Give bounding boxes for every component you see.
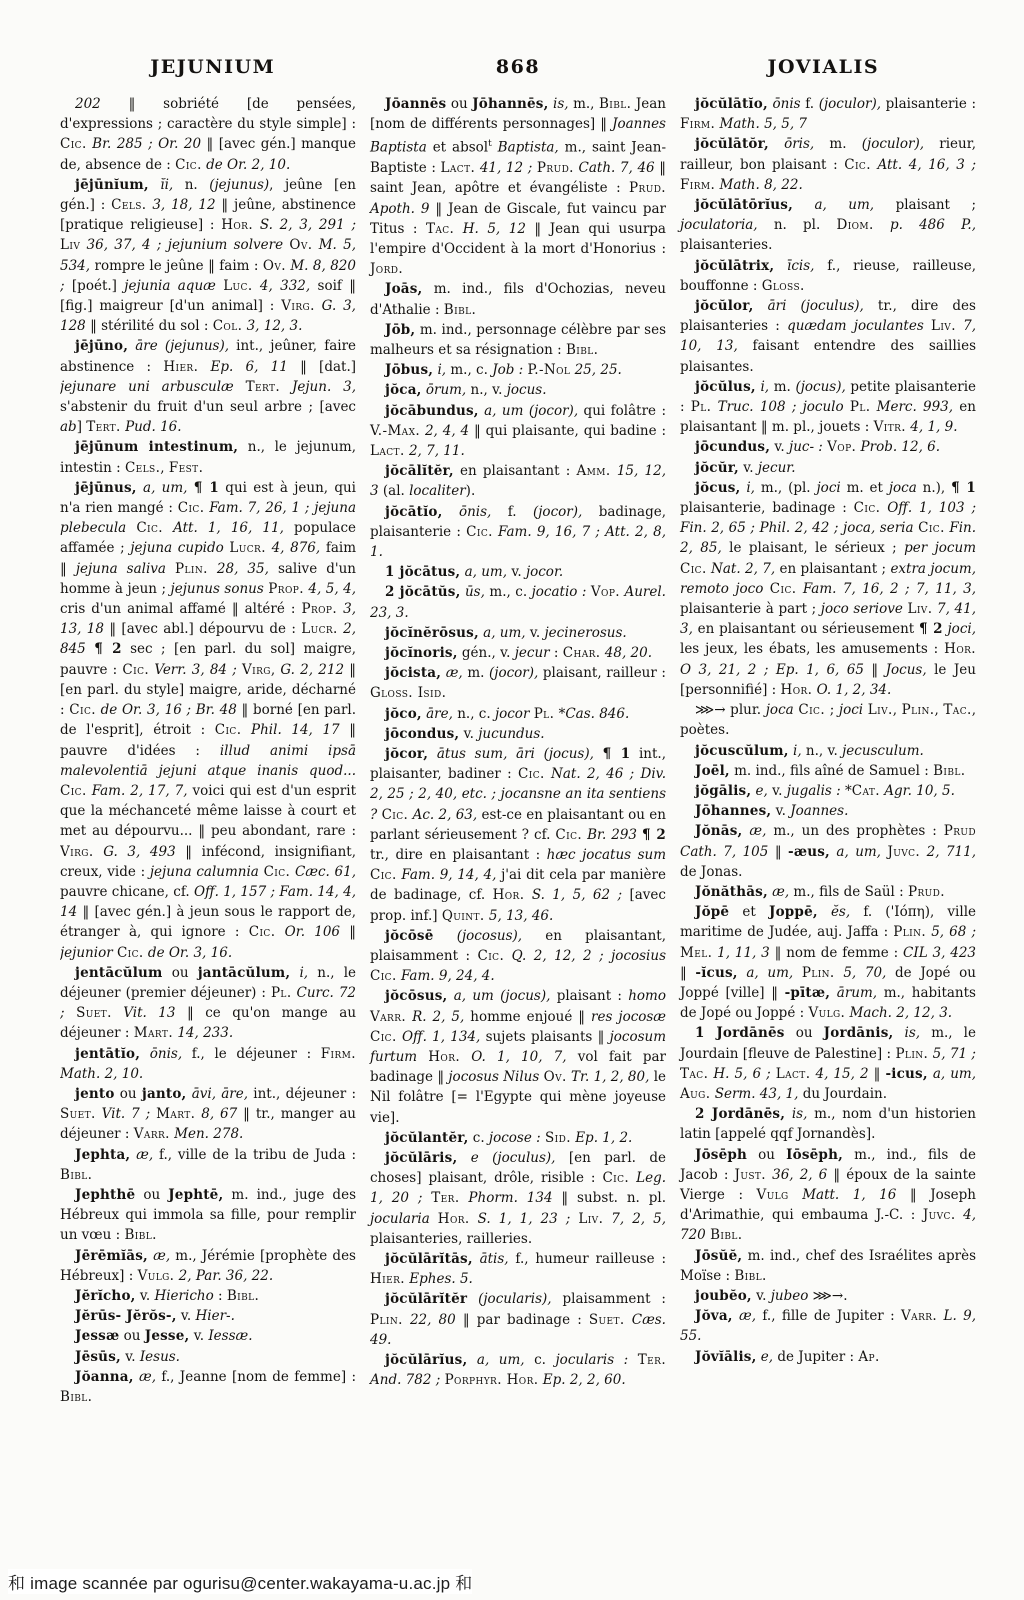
dictionary-entry: Jephta, æ, f., ville de la tribu de Juda… — [60, 1145, 356, 1185]
scan-attribution: 和 image scannée par ogurisu@center.wakay… — [8, 1569, 472, 1594]
page-number: 868 — [365, 56, 670, 78]
page-body: JEJUNIUM 868 JOVIALIS 202 ‖ sobriété [de… — [60, 56, 976, 1546]
dictionary-entry: jŏcŭlātŏr, ōris, m. (joculor), rieur, ra… — [680, 134, 976, 195]
dictionary-entry: jŏcŭlātĭo, ōnis f. (joculor), plaisanter… — [680, 94, 976, 134]
dictionary-entry: jentācŭlum ou jantācŭlum, i, n., le déje… — [60, 963, 356, 1044]
dictionary-entry: 2 Jordānēs, is, m., nom d'un historien l… — [680, 1104, 976, 1144]
dictionary-entry: Jephthē ou Jephtē, m. ind., juge des Héb… — [60, 1185, 356, 1246]
dictionary-entry: Jessæ ou Jesse, v. Iessæ. — [60, 1326, 356, 1346]
dictionary-entry: jŏcor, ātus sum, āri (jocus), ¶ 1 int., … — [370, 744, 666, 926]
dictionary-entry: jŏcŭlor, āri (joculus), tr., dire des pl… — [680, 296, 976, 377]
dictionary-entry: jŏcŭlātōrĭus, a, um, plaisant ; joculato… — [680, 195, 976, 256]
dictionary-entry: jŏca, ōrum, n., v. jocus. — [370, 380, 666, 400]
dictionary-entry: Jōb, m. ind., personnage célèbre par ses… — [370, 320, 666, 360]
dictionary-entry: jŏcĭnoris, gén., v. jecur : Char. 48, 20… — [370, 643, 666, 663]
dictionary-entry: jŏcōsē (jocosus), en plaisantant, plaisa… — [370, 926, 666, 987]
dictionary-entry: Jōbus, i, m., c. Job : P.-Nol 25, 25. — [370, 360, 666, 380]
dictionary-entry: Jŏvĭālis, e, de Jupiter : Ap. — [680, 1347, 976, 1367]
running-head-right-word: JOVIALIS — [671, 56, 976, 78]
dictionary-entry: Jŏanna, æ, f., Jeanne [nom de femme] : B… — [60, 1367, 356, 1407]
dictionary-entry: Jŏpē et Joppē, ĕs, f. ('Ιόπη), ville mar… — [680, 902, 976, 1023]
dictionary-entry: jŏcuscŭlum, i, n., v. jecusculum. — [680, 741, 976, 761]
dictionary-entry: Jōhannes, v. Joannes. — [680, 801, 976, 821]
dictionary-entry: 202 ‖ sobriété [de pensées, d'expression… — [60, 94, 356, 175]
dictionary-entry: jŏcālĭtĕr, en plaisantant : Amm. 15, 12,… — [370, 461, 666, 501]
dictionary-entry: jŏcŭlārĭtās, ātis, f., humeur railleuse … — [370, 1249, 666, 1289]
dictionary-entry: jŏcista, æ, m. (jocor), plaisant, raille… — [370, 663, 666, 703]
dictionary-entry: jŏcātĭo, ōnis, f. (jocor), badinage, pla… — [370, 502, 666, 563]
dictionary-entry: jento ou janto, āvi, āre, int., déjeuner… — [60, 1084, 356, 1145]
dictionary-entry: 2 jŏcātŭs, ūs, m., c. jocatio : Vop. Aur… — [370, 582, 666, 622]
dictionary-entry: jōcundus, v. juc- : Vop. Prob. 12, 6. — [680, 437, 976, 457]
dictionary-entry: Jōannēs ou Jōhannēs, is, m., Bibl. Jean … — [370, 94, 666, 279]
dictionary-entry: jējūno, āre (jejunus), int., jeûner, fai… — [60, 336, 356, 437]
dictionary-entry: Jĕrūs- Jĕrŏs-, v. Hier-. — [60, 1306, 356, 1326]
dictionary-entry: jējūnĭum, ĭi, n. (jejunus), jeûne [en gé… — [60, 175, 356, 337]
dictionary-entry: 1 Jordānēs ou Jordānis, is, m., le Jourd… — [680, 1023, 976, 1104]
dictionary-entry: jōcondus, v. jucundus. — [370, 724, 666, 744]
dictionary-entry: Joēl, m. ind., fils aîné de Samuel : Bib… — [680, 761, 976, 781]
dictionary-entry: jŏcŭr, v. jecur. — [680, 458, 976, 478]
dictionary-entry: jŏcŭlus, i, m. (jocus), petite plaisante… — [680, 377, 976, 438]
dictionary-entry: joubĕo, v. jubeo ⋙→. — [680, 1286, 976, 1306]
dictionary-entry: jŏcōsus, a, um (jocus), plaisant : homo … — [370, 986, 666, 1127]
dictionary-entry: jŏcābundus, a, um (jocor), qui folâtre :… — [370, 401, 666, 462]
dictionary-entry: jējūnus, a, um, ¶ 1 qui est à jeun, qui … — [60, 478, 356, 963]
dictionary-entry: Joās, m. ind., fils d'Ochozias, neveu d'… — [370, 279, 666, 319]
dictionary-entry: Jŏnās, æ, m., un des prophètes : Prud Ca… — [680, 821, 976, 882]
dictionary-entry: jŏcŭlārĭtĕr (jocularis), plaisamment : P… — [370, 1289, 666, 1350]
dictionary-entry: jŏcĭnĕrōsus, a, um, v. jecinerosus. — [370, 623, 666, 643]
dictionary-entry: jŏgālis, e, v. jugalis : *Cat. Agr. 10, … — [680, 781, 976, 801]
dictionary-entry: ⋙→ plur. joca Cic. ; joci Liv., Plin., T… — [680, 700, 976, 740]
dictionary-entry: jŏcŭlārĭus, a, um, c. jocularis : Ter. A… — [370, 1350, 666, 1390]
dictionary-entry: jŏcus, i, m., (pl. joci m. et joca n.), … — [680, 478, 976, 700]
dictionary-entry: jŏcŭlantĕr, c. jocose : Sid. Ep. 1, 2. — [370, 1128, 666, 1148]
dictionary-entry: Jōsēph ou Iōsēph, m., ind., fils de Jaco… — [680, 1145, 976, 1246]
dictionary-entry: Jēsūs, v. Iesus. — [60, 1347, 356, 1367]
dictionary-entry: jŏcŭlāris, e (joculus), [en parl. de cho… — [370, 1148, 666, 1249]
column-1: 202 ‖ sobriété [de pensées, d'expression… — [60, 94, 356, 1546]
column-3: jŏcŭlātĭo, ōnis f. (joculor), plaisanter… — [680, 94, 976, 1546]
dictionary-entry: jentātĭo, ōnis, f., le déjeuner : Firm. … — [60, 1044, 356, 1084]
column-2: Jōannēs ou Jōhannēs, is, m., Bibl. Jean … — [370, 94, 666, 1546]
text-columns: 202 ‖ sobriété [de pensées, d'expression… — [60, 94, 976, 1546]
dictionary-entry: Jērēmĭās, æ, m., Jérémie [prophète des H… — [60, 1246, 356, 1286]
running-head-left-word: JEJUNIUM — [60, 56, 365, 78]
dictionary-entry: Jĕrĭcho, v. Hiericho : Bibl. — [60, 1286, 356, 1306]
scanned-dictionary-page: { "header": { "left": "JEJUNIUM", "cente… — [0, 0, 1024, 1600]
dictionary-entry: Jŏnăthās, æ, m., fils de Saül : Prud. — [680, 882, 976, 902]
dictionary-entry: jŏco, āre, n., c. jocor Pl. *Cas. 846. — [370, 704, 666, 724]
dictionary-entry: 1 jŏcātus, a, um, v. jocor. — [370, 562, 666, 582]
dictionary-entry: Jŏva, æ, f., fille de Jupiter : Varr. L.… — [680, 1306, 976, 1346]
dictionary-entry: Jōsŭĕ, m. ind., chef des Israélites aprè… — [680, 1246, 976, 1286]
running-head: JEJUNIUM 868 JOVIALIS — [60, 56, 976, 78]
dictionary-entry: jŏcŭlātrix, īcis, f., rieuse, railleuse,… — [680, 256, 976, 296]
dictionary-entry: jējūnum intestinum, n., le jejunum, inte… — [60, 437, 356, 477]
